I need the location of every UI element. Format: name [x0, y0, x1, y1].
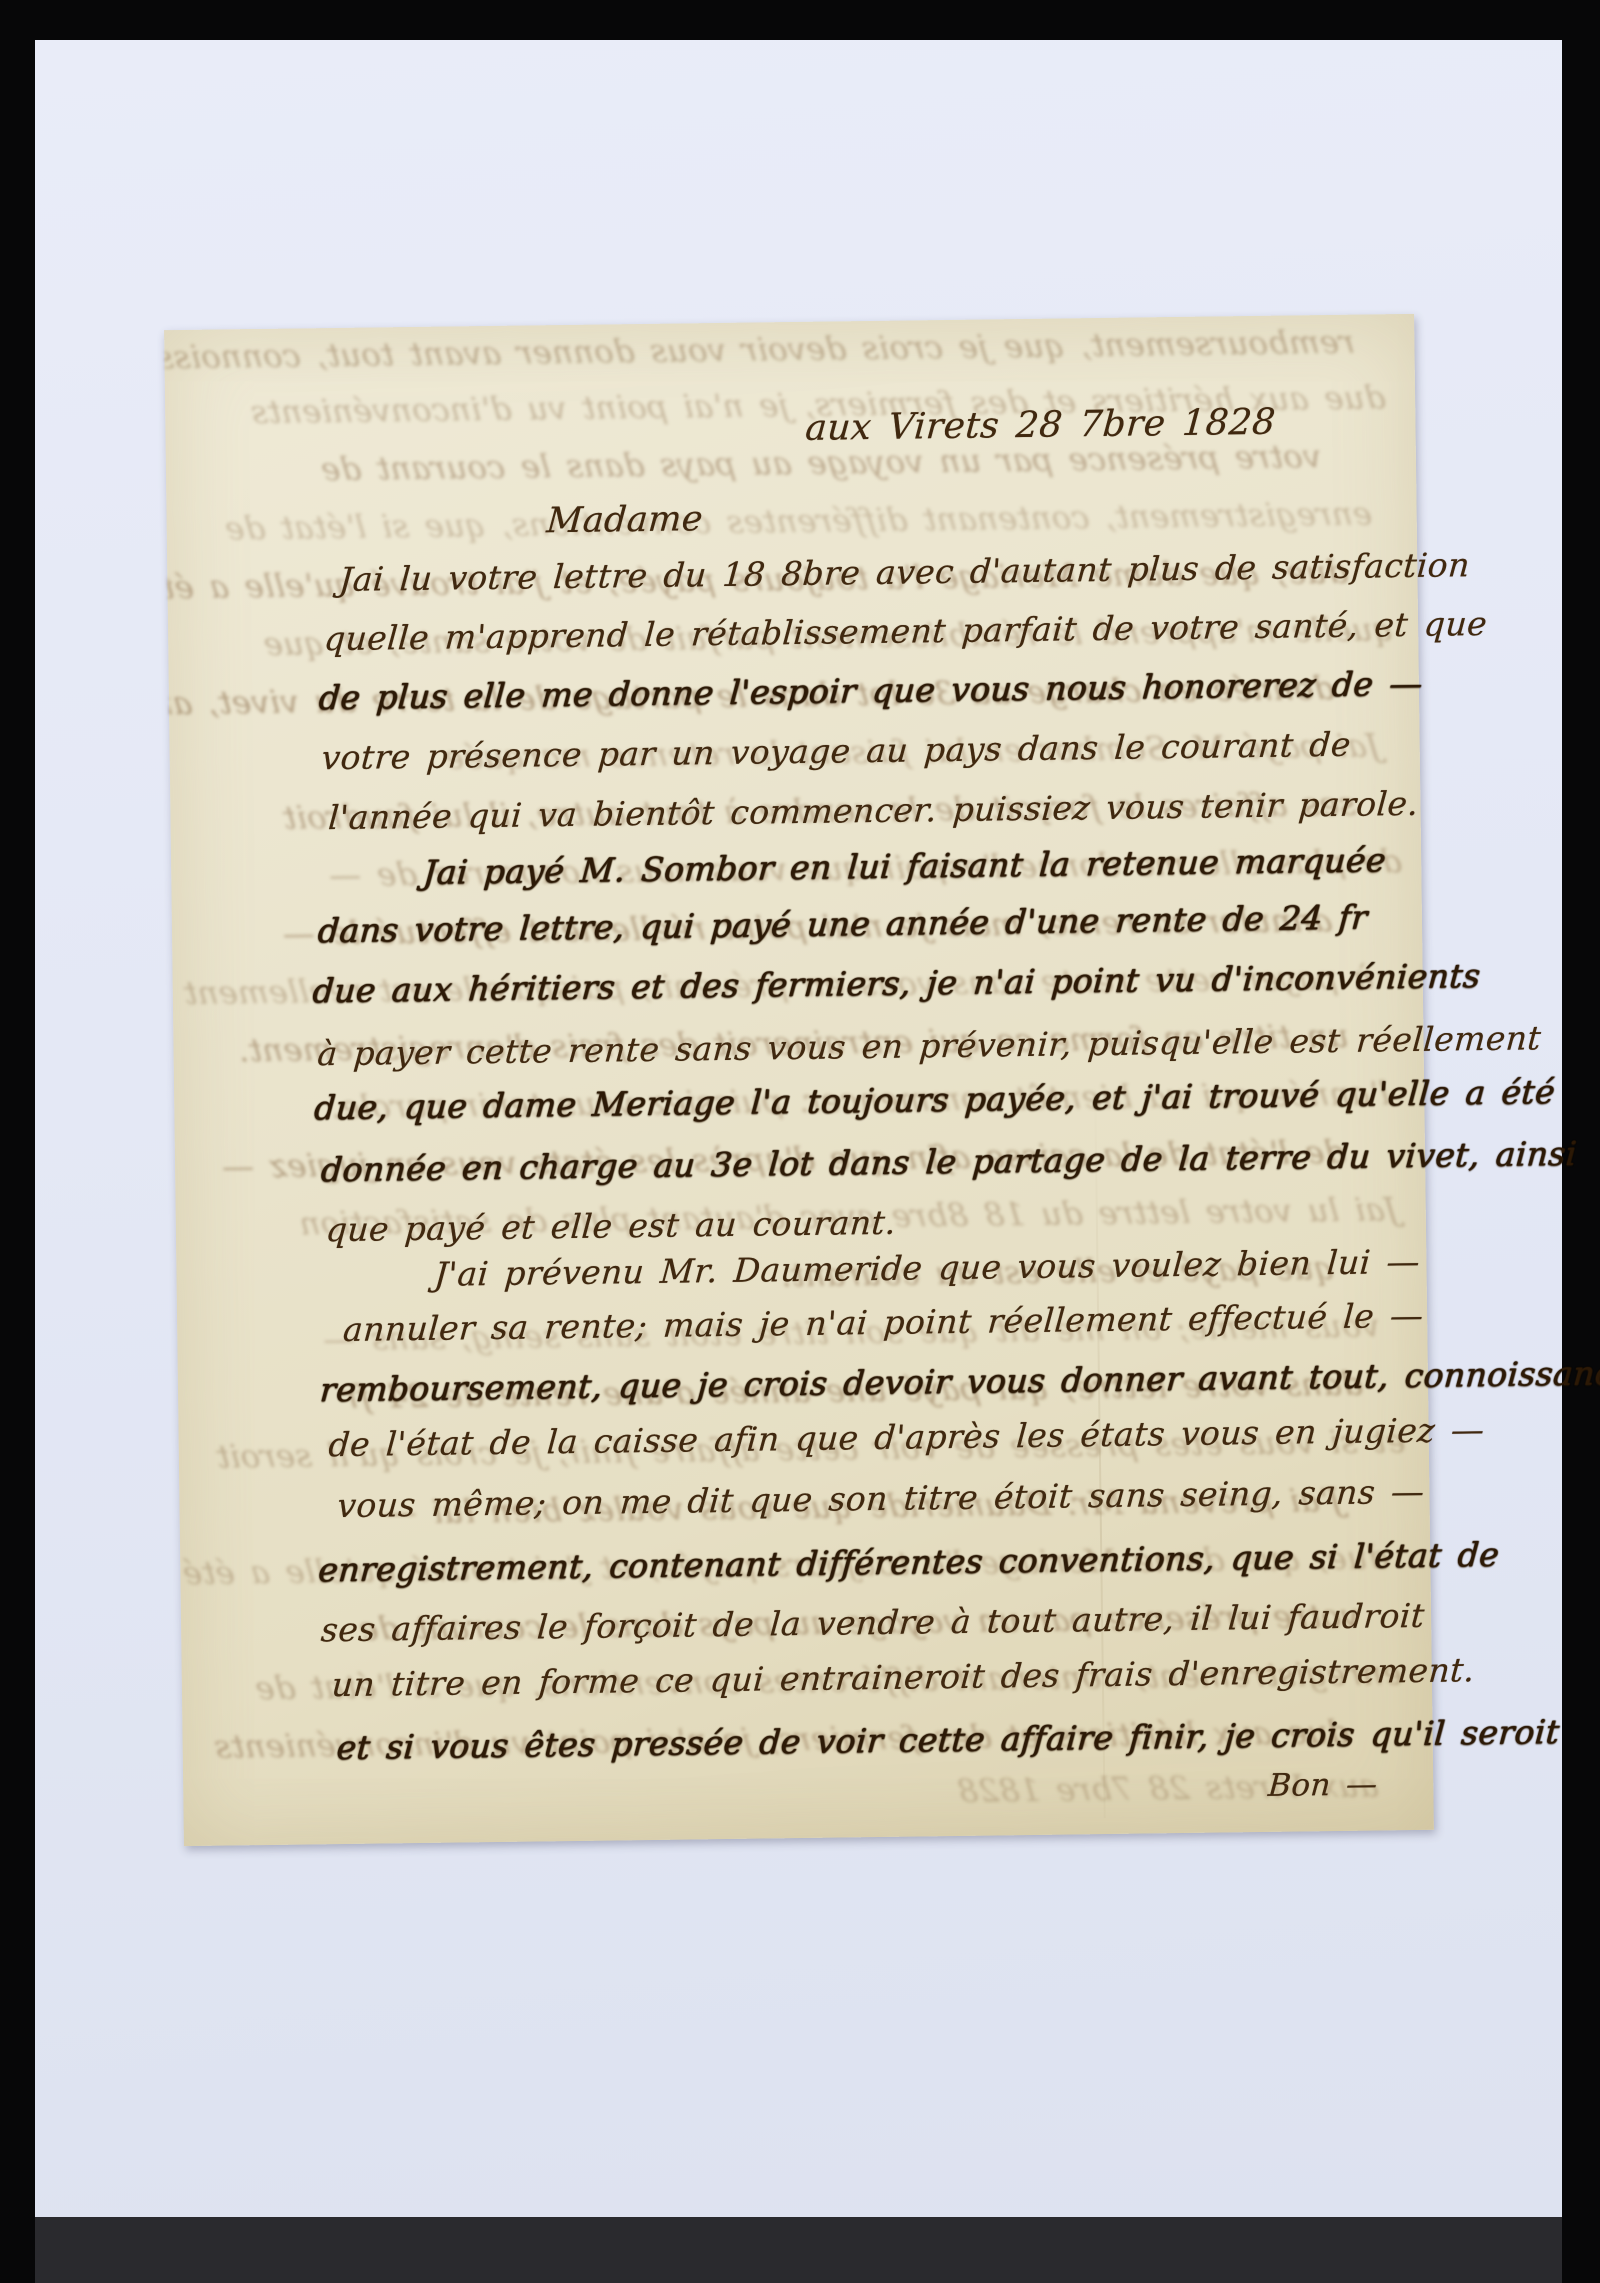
photo-of-letter: remboursement, que je crois devoir vous … — [0, 0, 1600, 2283]
salutation: Madame — [545, 499, 704, 541]
letter-line: enregistrement, contenant différentes co… — [317, 1535, 1501, 1589]
letter-line: que payé et elle est au courant. — [324, 1203, 897, 1250]
letter-line: J'ai prévenu Mr. Daumeride que vous voul… — [433, 1242, 1421, 1294]
letter-line: de plus elle me donne l'espoir que vous … — [318, 664, 1425, 717]
letter-line: due aux héritiers et des fermiers, je n'… — [311, 956, 1481, 1010]
letter-line: votre présence par un voyage au pays dan… — [320, 725, 1352, 778]
letter-line: et si vous êtes pressée de voir cette af… — [335, 1712, 1561, 1767]
signature: Bon — — [1267, 1766, 1379, 1803]
letter-line: ses affaires le forçoit de la vendre à t… — [320, 1596, 1426, 1649]
letter-line: Jai lu votre lettre du 18 8bre avec d'au… — [338, 545, 1471, 599]
letter-paper: remboursement, que je crois devoir vous … — [164, 314, 1434, 1846]
dateline: aux Virets 28 7bre 1828 — [804, 402, 1277, 449]
letter-line: de l'état de la caisse afin que d'après … — [327, 1410, 1486, 1464]
letter-line: vous même; on me dit que son titre étoit… — [336, 1472, 1426, 1525]
letter-line: à payer cette rente sans vous en préveni… — [316, 1018, 1542, 1073]
letter-line: due, que dame Meriage l'a toujours payée… — [313, 1072, 1557, 1127]
letter-line: un titre en forme ce qui entraineroit de… — [330, 1650, 1476, 1704]
letter-text-layer: aux Virets 28 7bre 1828 Madame Jai lu vo… — [164, 314, 1434, 1846]
letter-line: quelle m'apprend le rétablissement parfa… — [323, 604, 1489, 658]
letter-line: remboursement, que je crois devoir vous … — [319, 1353, 1600, 1409]
letter-line: annuler sa rente; mais je n'ai point rée… — [342, 1296, 1425, 1349]
letter-line: donnée en charge au 3e lot dans le parta… — [320, 1134, 1578, 1189]
letter-line: Jai payé M. Sombor en lui faisant la ret… — [422, 840, 1388, 892]
letter-line: dans votre lettre, qui payé une année d'… — [317, 898, 1369, 951]
letter-line: l'année qui va bientôt commencer. puissi… — [327, 784, 1420, 837]
table-surface — [35, 2217, 1562, 2283]
